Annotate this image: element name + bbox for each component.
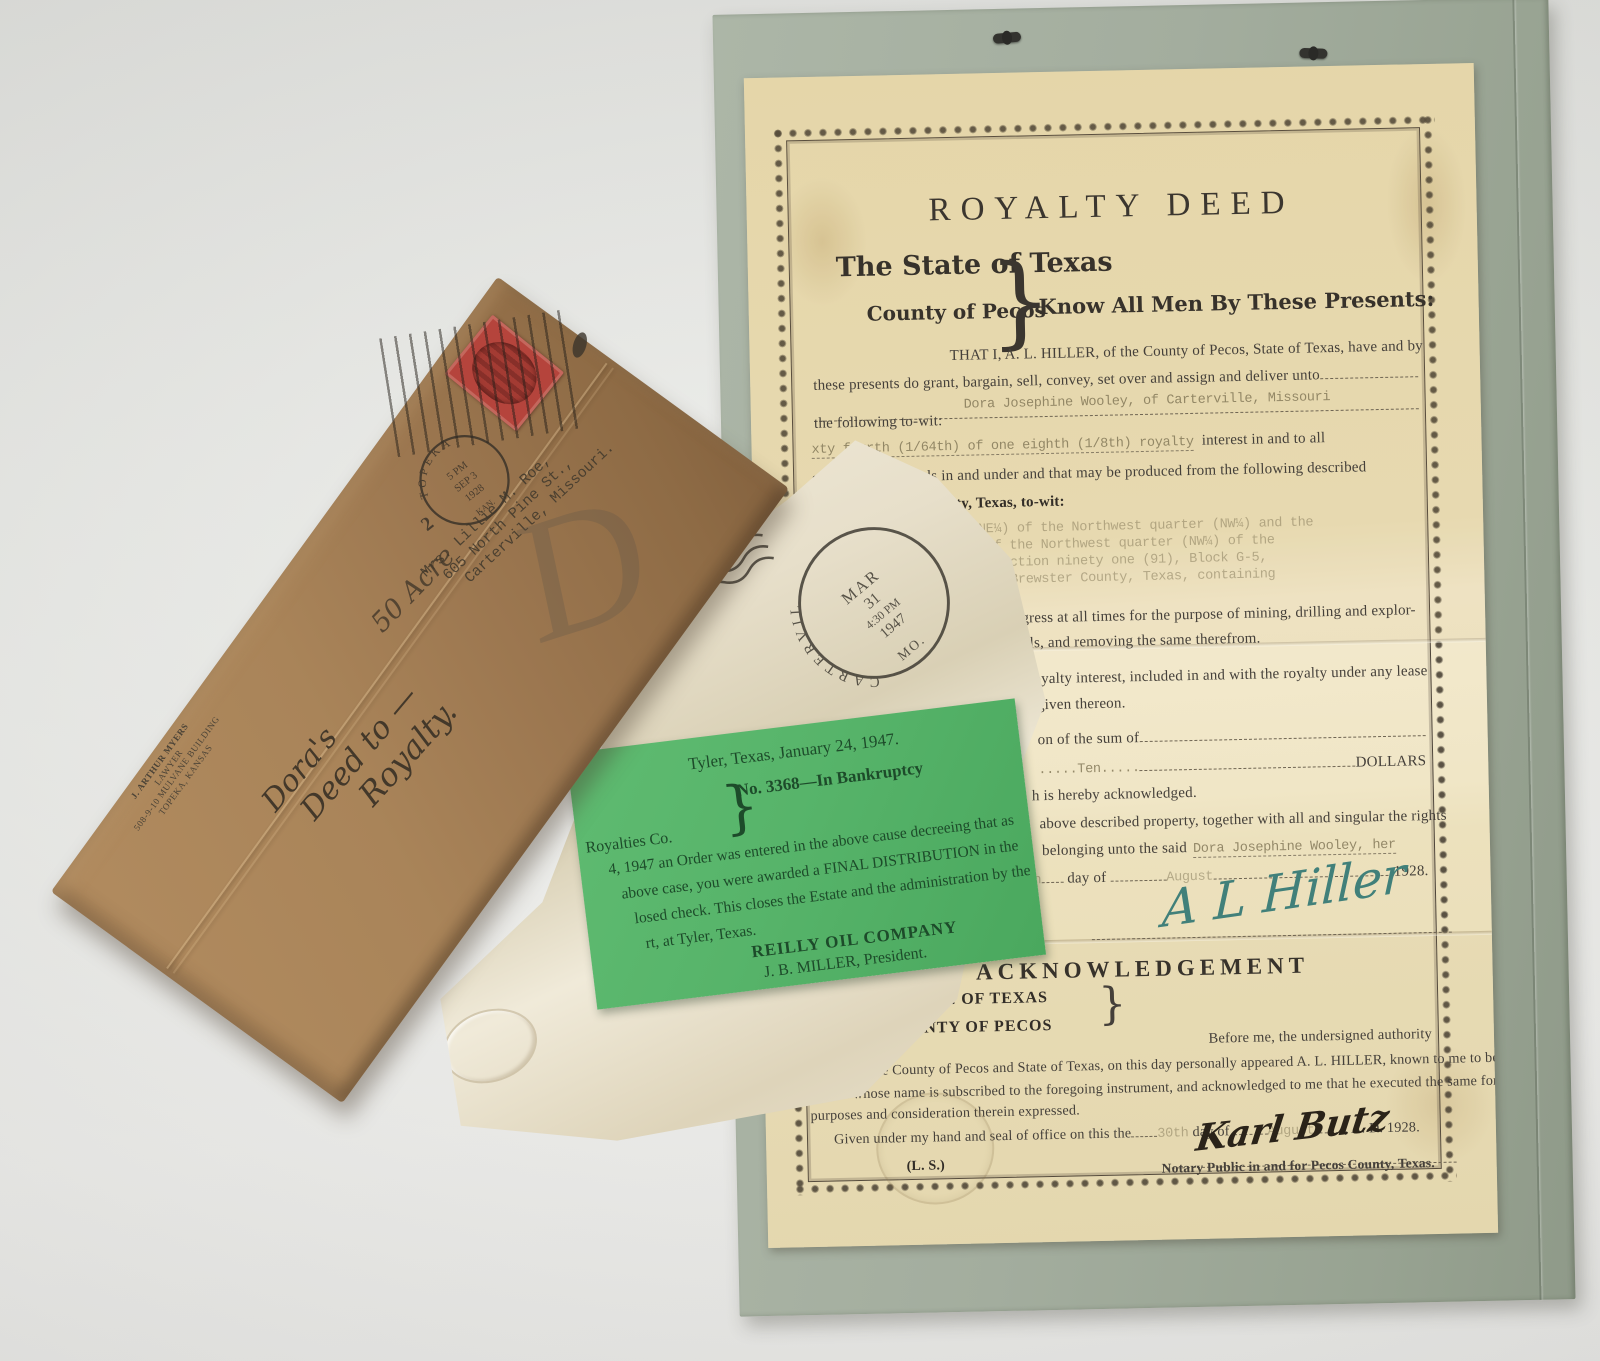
postmark-killer-number: 2 — [417, 513, 438, 536]
brass-fastener-icon — [1299, 48, 1327, 59]
day-of-label: day of — [1067, 870, 1106, 888]
state-of-texas-heading: The State of Texas — [835, 247, 1112, 284]
given-day-typed: 30th — [1157, 1126, 1189, 1142]
pencil-doodle-letter: D — [503, 449, 665, 686]
deed-body-line: given thereon. — [1037, 695, 1126, 714]
dashed-rule — [1110, 868, 1166, 882]
amount-typed: .....Ten..... — [1038, 761, 1140, 778]
slip-body-line: rt, at Tyler, Texas. — [645, 922, 758, 953]
backer-fold-line — [1512, 0, 1541, 1300]
ink-smudge — [570, 331, 590, 360]
slip-company-fragment: Royalties Co. — [585, 829, 674, 857]
dashed-rule — [1041, 870, 1063, 883]
embossed-seal-mark — [433, 997, 547, 1095]
green-distribution-slip: Tyler, Texas, January 24, 1947. No. 3368… — [566, 698, 1046, 1009]
ack-brace-glyph: } — [1098, 978, 1127, 1030]
deed-body-line: the following to-wit: — [814, 413, 943, 433]
return-address-block: J. ARTHUR MYERS LAWYER 508-9-10 MULVANE … — [115, 702, 231, 839]
dollars-label: DOLLARS — [1356, 753, 1427, 771]
deed-body-line: h is hereby acknowledged. — [1032, 785, 1197, 805]
deed-body-line: interest in and to all — [1202, 430, 1326, 450]
dashed-rule — [1131, 1124, 1157, 1138]
photo-of-documents: { "deed": { "title": "ROYALTY DEED", "st… — [0, 0, 1600, 1361]
deed-body-line: belonging unto the said — [1042, 840, 1187, 860]
dashed-rule — [1320, 364, 1419, 379]
deed-body-line: on of the sum of — [1038, 730, 1140, 749]
